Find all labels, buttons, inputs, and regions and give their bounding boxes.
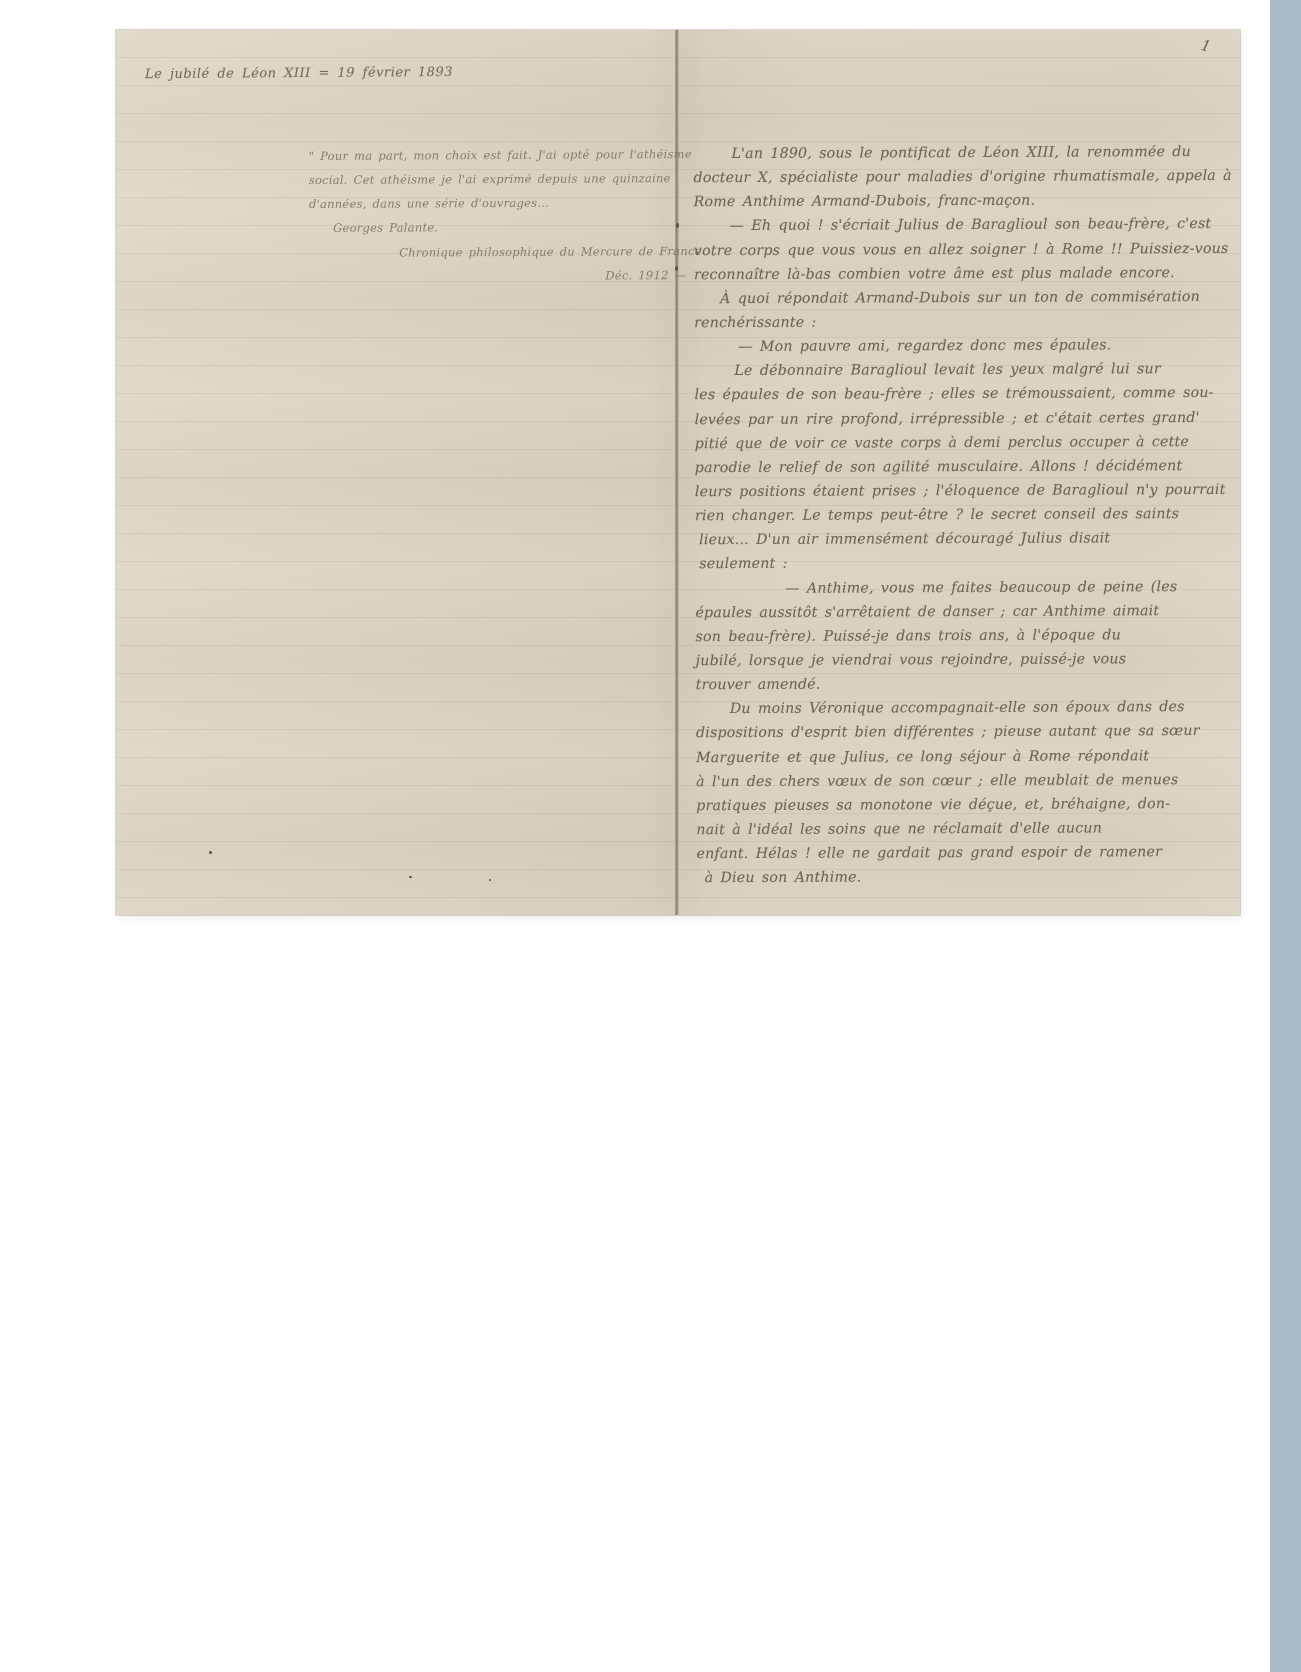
manuscript-line: dispositions d'esprit bien différentes ;… [696,719,1234,745]
manuscript-text-block: L'an 1890, sous le pontificat de Léon XI… [693,140,1235,891]
manuscript-line: rien changer. Le temps peut-être ? le se… [695,502,1233,528]
manuscript-line: trouver amendé. [696,671,1234,697]
manuscript-line: seulement : [695,550,1233,576]
manuscript-line: Marguerite et que Julius, ce long séjour… [696,743,1234,769]
manuscript-line: — Mon pauvre ami, regardez donc mes épau… [694,333,1232,359]
manuscript-line: leurs positions étaient prises ; l'éloqu… [695,478,1233,504]
manuscript-line: votre corps que vous vous en allez soign… [694,236,1232,262]
manuscript-line: reconnaître là-bas combien votre âme est… [694,261,1232,287]
manuscript-line: enfant. Hélas ! elle ne gardait pas gran… [696,840,1234,866]
manuscript-line: Rome Anthime Armand-Dubois, franc-maçon. [694,188,1232,214]
manuscript-spread: 1 Le jubilé de Léon XIII = 19 février 18… [116,30,1240,915]
manuscript-line: son beau-frère). Puissé-je dans trois an… [695,623,1233,649]
manuscript-line: — Anthime, vous me faites beaucoup de pe… [695,574,1233,600]
manuscript-line: nait à l'idéal les soins que ne réclamai… [696,816,1234,842]
manuscript-line: À quoi répondait Armand-Dubois sur un to… [694,285,1232,311]
manuscript-line: levées par un rire profond, irrépressibl… [695,405,1233,431]
manuscript-line: parodie le relief de son agilité muscula… [695,454,1233,480]
manuscript-line: pitié que de voir ce vaste corps à demi … [695,430,1233,456]
manuscript-line: Chronique philosophique du Mercure de Fr… [309,239,702,265]
manuscript-line: Georges Palante. [309,214,702,240]
manuscript-line: " Pour ma part, mon choix est fait. J'ai… [309,142,702,168]
manuscript-line: docteur X, spécialiste pour maladies d'o… [693,164,1231,190]
manuscript-line: les épaules de son beau-frère ; elles se… [694,381,1232,407]
right-accent-band [1270,0,1301,1672]
manuscript-line: renchérissante : [694,309,1232,335]
manuscript-line: L'an 1890, sous le pontificat de Léon XI… [693,140,1231,166]
manuscript-line: jubilé, lorsque je viendrai vous rejoind… [696,647,1234,673]
ink-speck [409,876,412,878]
ink-speck [489,879,491,881]
manuscript-line: lieux... D'un air immensément découragé … [695,526,1233,552]
manuscript-line: à l'un des chers vœux de son cœur ; elle… [696,767,1234,793]
manuscript-line: à Dieu son Anthime. [697,864,1235,890]
manuscript-line: pratiques pieuses sa monotone vie déçue,… [696,792,1234,818]
manuscript-line: Du moins Véronique accompagnait-elle son… [696,695,1234,721]
manuscript-line: social. Cet athéisme je l'ai exprimé dep… [309,166,702,192]
manuscript-line: Le débonnaire Baraglioul levait les yeux… [694,357,1232,383]
manuscript-line: épaules aussitôt s'arrêtaient de danser … [695,598,1233,624]
manuscript-line: d'années, dans une série d'ouvrages... [309,190,702,216]
epigraph-block: " Pour ma part, mon choix est fait. J'ai… [309,142,702,289]
scan-viewer-canvas: { "colors": { "background": "#ffffff", "… [0,0,1301,1672]
chapter-heading: Le jubilé de Léon XIII = 19 février 1893 [145,65,453,82]
manuscript-line: Déc. 1912 — [309,263,702,289]
manuscript-line: — Eh quoi ! s'écriait Julius de Baraglio… [694,212,1232,238]
ink-speck [209,851,212,854]
